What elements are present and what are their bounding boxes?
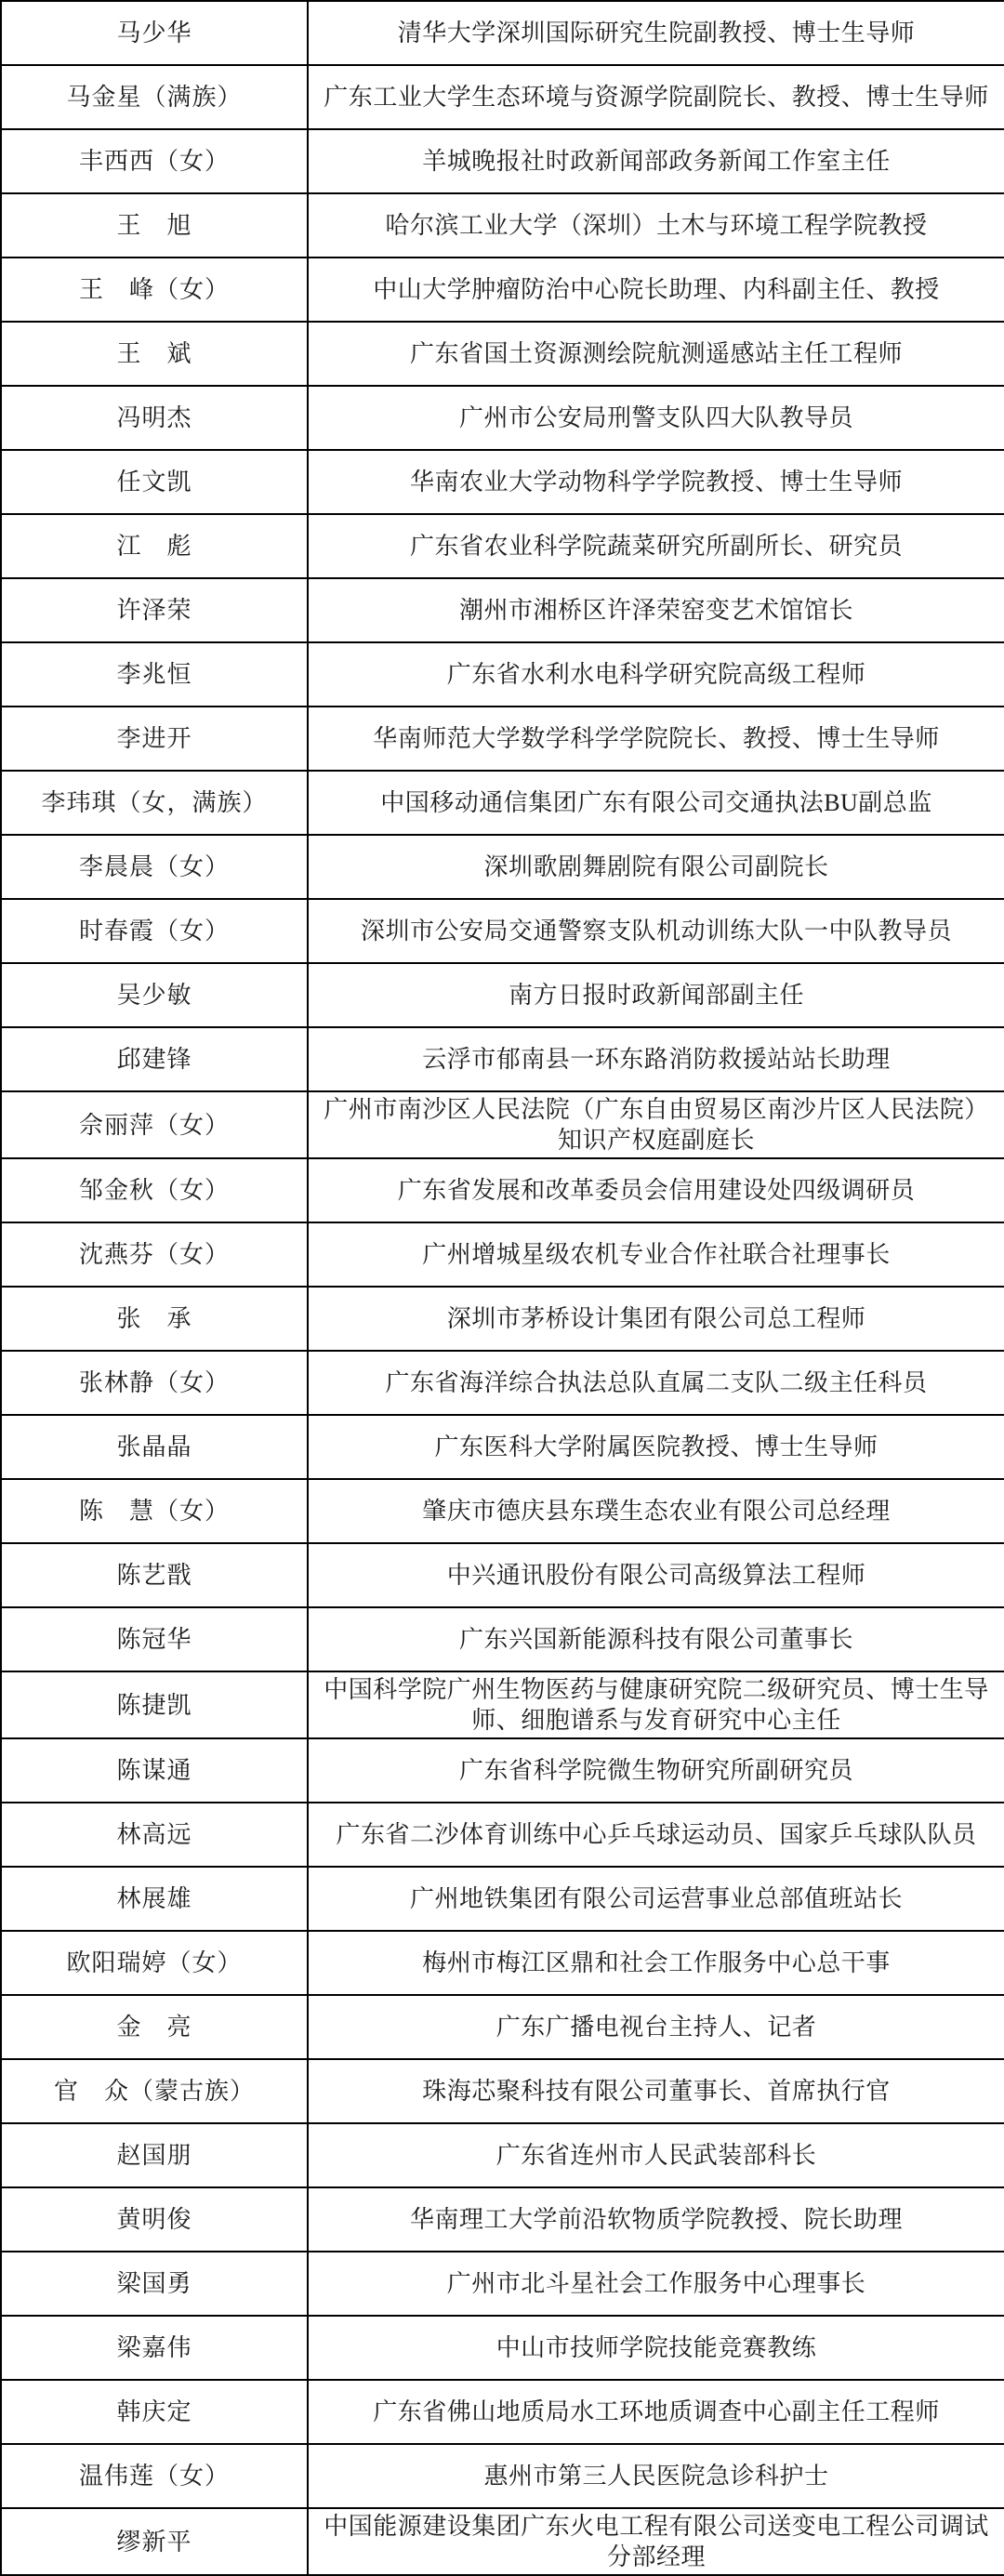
person-title: 云浮市郁南县一环东路消防救援站站长助理 <box>308 1027 1004 1091</box>
person-title: 珠海芯聚科技有限公司董事长、首席执行官 <box>308 2059 1004 2123</box>
person-name: 马少华 <box>1 1 308 65</box>
person-name: 黄明俊 <box>1 2187 308 2252</box>
person-name: 欧阳瑞婷（女） <box>1 1931 308 1995</box>
person-name: 丰西西（女） <box>1 129 308 193</box>
table-row: 梁国勇广州市北斗星社会工作服务中心理事长 <box>1 2252 1004 2316</box>
table-row: 缪新平中国能源建设集团广东火电工程有限公司送变电工程公司调试分部经理 <box>1 2508 1004 2575</box>
person-name: 许泽荣 <box>1 578 308 642</box>
person-name: 林高远 <box>1 1803 308 1867</box>
table-row: 张林静（女）广东省海洋综合执法总队直属二支队二级主任科员 <box>1 1351 1004 1415</box>
table-row: 张 承深圳市茅桥设计集团有限公司总工程师 <box>1 1287 1004 1351</box>
person-title: 华南理工大学前沿软物质学院教授、院长助理 <box>308 2187 1004 2252</box>
person-name: 陈冠华 <box>1 1607 308 1671</box>
table-row: 黄明俊华南理工大学前沿软物质学院教授、院长助理 <box>1 2187 1004 2252</box>
person-name: 王 旭 <box>1 193 308 258</box>
table-row: 陈捷凯中国科学院广州生物医药与健康研究院二级研究员、博士生导师、细胞谱系与发育研… <box>1 1671 1004 1738</box>
person-title: 深圳歌剧舞剧院有限公司副院长 <box>308 835 1004 899</box>
person-title: 广州市公安局刑警支队四大队教导员 <box>308 386 1004 450</box>
person-title: 广州增城星级农机专业合作社联合社理事长 <box>308 1222 1004 1287</box>
table-row: 官 众（蒙古族）珠海芯聚科技有限公司董事长、首席执行官 <box>1 2059 1004 2123</box>
person-name: 王 峰（女） <box>1 258 308 322</box>
person-title: 中国移动通信集团广东有限公司交通执法BU副总监 <box>308 771 1004 835</box>
person-title: 中国科学院广州生物医药与健康研究院二级研究员、博士生导师、细胞谱系与发育研究中心… <box>308 1671 1004 1738</box>
table-row: 陈冠华广东兴国新能源科技有限公司董事长 <box>1 1607 1004 1671</box>
person-name: 李兆恒 <box>1 642 308 707</box>
person-name: 邹金秋（女） <box>1 1158 308 1222</box>
person-title: 哈尔滨工业大学（深圳）土木与环境工程学院教授 <box>308 193 1004 258</box>
person-title: 广州地铁集团有限公司运营事业总部值班站长 <box>308 1867 1004 1931</box>
person-name: 张林静（女） <box>1 1351 308 1415</box>
person-name: 冯明杰 <box>1 386 308 450</box>
table-body: 马少华清华大学深圳国际研究生院副教授、博士生导师马金星（满族）广东工业大学生态环… <box>1 1 1004 2575</box>
person-title: 广东兴国新能源科技有限公司董事长 <box>308 1607 1004 1671</box>
person-title: 羊城晚报社时政新闻部政务新闻工作室主任 <box>308 129 1004 193</box>
table-row: 韩庆定广东省佛山地质局水工环地质调查中心副主任工程师 <box>1 2380 1004 2444</box>
person-name: 李玮琪（女，满族） <box>1 771 308 835</box>
table-row: 陈艺戬中兴通讯股份有限公司高级算法工程师 <box>1 1543 1004 1607</box>
table-row: 梁嘉伟中山市技师学院技能竞赛教练 <box>1 2316 1004 2380</box>
person-name: 梁嘉伟 <box>1 2316 308 2380</box>
person-title: 中国能源建设集团广东火电工程有限公司送变电工程公司调试分部经理 <box>308 2508 1004 2575</box>
person-name: 陈 慧（女） <box>1 1479 308 1543</box>
table-row: 冯明杰广州市公安局刑警支队四大队教导员 <box>1 386 1004 450</box>
person-name: 邱建锋 <box>1 1027 308 1091</box>
person-title: 广东省二沙体育训练中心乒乓球运动员、国家乒乓球队队员 <box>308 1803 1004 1867</box>
person-title: 中兴通讯股份有限公司高级算法工程师 <box>308 1543 1004 1607</box>
table-row: 丰西西（女）羊城晚报社时政新闻部政务新闻工作室主任 <box>1 129 1004 193</box>
person-title: 中山市技师学院技能竞赛教练 <box>308 2316 1004 2380</box>
table-row: 王 斌广东省国土资源测绘院航测遥感站主任工程师 <box>1 322 1004 386</box>
person-name: 张晶晶 <box>1 1415 308 1479</box>
person-title: 华南农业大学动物科学学院教授、博士生导师 <box>308 450 1004 514</box>
person-title: 广东省科学院微生物研究所副研究员 <box>308 1738 1004 1803</box>
person-title: 广东省连州市人民武装部科长 <box>308 2123 1004 2187</box>
person-name: 赵国朋 <box>1 2123 308 2187</box>
person-title: 广州市南沙区人民法院（广东自由贸易区南沙片区人民法院）知识产权庭副庭长 <box>308 1091 1004 1158</box>
person-title: 广东工业大学生态环境与资源学院副院长、教授、博士生导师 <box>308 65 1004 129</box>
person-title: 深圳市公安局交通警察支队机动训练大队一中队教导员 <box>308 899 1004 963</box>
person-name: 林展雄 <box>1 1867 308 1931</box>
person-title: 惠州市第三人民医院急诊科护士 <box>308 2444 1004 2508</box>
person-title: 广东省水利水电科学研究院高级工程师 <box>308 642 1004 707</box>
table-row: 陈谋通广东省科学院微生物研究所副研究员 <box>1 1738 1004 1803</box>
person-title: 清华大学深圳国际研究生院副教授、博士生导师 <box>308 1 1004 65</box>
person-title: 潮州市湘桥区许泽荣窑变艺术馆馆长 <box>308 578 1004 642</box>
table-row: 李兆恒广东省水利水电科学研究院高级工程师 <box>1 642 1004 707</box>
person-title: 广州市北斗星社会工作服务中心理事长 <box>308 2252 1004 2316</box>
person-name: 缪新平 <box>1 2508 308 2575</box>
person-name: 官 众（蒙古族） <box>1 2059 308 2123</box>
table-row: 佘丽萍（女）广州市南沙区人民法院（广东自由贸易区南沙片区人民法院）知识产权庭副庭… <box>1 1091 1004 1158</box>
table-row: 林展雄广州地铁集团有限公司运营事业总部值班站长 <box>1 1867 1004 1931</box>
person-name: 王 斌 <box>1 322 308 386</box>
table-row: 时春霞（女）深圳市公安局交通警察支队机动训练大队一中队教导员 <box>1 899 1004 963</box>
person-title: 肇庆市德庆县东璞生态农业有限公司总经理 <box>308 1479 1004 1543</box>
table-row: 王 旭哈尔滨工业大学（深圳）土木与环境工程学院教授 <box>1 193 1004 258</box>
table-row: 赵国朋广东省连州市人民武装部科长 <box>1 2123 1004 2187</box>
person-title: 广东省发展和改革委员会信用建设处四级调研员 <box>308 1158 1004 1222</box>
person-name: 江 彪 <box>1 514 308 578</box>
table-row: 马金星（满族）广东工业大学生态环境与资源学院副院长、教授、博士生导师 <box>1 65 1004 129</box>
table-row: 邱建锋云浮市郁南县一环东路消防救援站站长助理 <box>1 1027 1004 1091</box>
person-name: 任文凯 <box>1 450 308 514</box>
person-name: 沈燕芬（女） <box>1 1222 308 1287</box>
person-name: 梁国勇 <box>1 2252 308 2316</box>
person-name: 陈谋通 <box>1 1738 308 1803</box>
person-title: 广东省佛山地质局水工环地质调查中心副主任工程师 <box>308 2380 1004 2444</box>
person-name: 佘丽萍（女） <box>1 1091 308 1158</box>
table-row: 沈燕芬（女）广州增城星级农机专业合作社联合社理事长 <box>1 1222 1004 1287</box>
table-row: 许泽荣潮州市湘桥区许泽荣窑变艺术馆馆长 <box>1 578 1004 642</box>
person-title: 华南师范大学数学科学学院院长、教授、博士生导师 <box>308 707 1004 771</box>
person-title: 广东省农业科学院蔬菜研究所副所长、研究员 <box>308 514 1004 578</box>
table-row: 王 峰（女）中山大学肿瘤防治中心院长助理、内科副主任、教授 <box>1 258 1004 322</box>
table-row: 李进开华南师范大学数学科学学院院长、教授、博士生导师 <box>1 707 1004 771</box>
person-name: 李晨晨（女） <box>1 835 308 899</box>
table-row: 金 亮广东广播电视台主持人、记者 <box>1 1995 1004 2059</box>
person-title: 广东省海洋综合执法总队直属二支队二级主任科员 <box>308 1351 1004 1415</box>
person-title: 广东医科大学附属医院教授、博士生导师 <box>308 1415 1004 1479</box>
table-row: 陈 慧（女）肇庆市德庆县东璞生态农业有限公司总经理 <box>1 1479 1004 1543</box>
table-row: 林高远广东省二沙体育训练中心乒乓球运动员、国家乒乓球队队员 <box>1 1803 1004 1867</box>
person-title: 梅州市梅江区鼎和社会工作服务中心总干事 <box>308 1931 1004 1995</box>
table-row: 李晨晨（女）深圳歌剧舞剧院有限公司副院长 <box>1 835 1004 899</box>
person-name: 陈捷凯 <box>1 1671 308 1738</box>
person-title: 广东省国土资源测绘院航测遥感站主任工程师 <box>308 322 1004 386</box>
table-row: 邹金秋（女）广东省发展和改革委员会信用建设处四级调研员 <box>1 1158 1004 1222</box>
person-name: 温伟莲（女） <box>1 2444 308 2508</box>
person-name: 韩庆定 <box>1 2380 308 2444</box>
table-row: 温伟莲（女）惠州市第三人民医院急诊科护士 <box>1 2444 1004 2508</box>
person-title: 深圳市茅桥设计集团有限公司总工程师 <box>308 1287 1004 1351</box>
honorees-table: 马少华清华大学深圳国际研究生院副教授、博士生导师马金星（满族）广东工业大学生态环… <box>0 0 1004 2576</box>
table-row: 吴少敏南方日报时政新闻部副主任 <box>1 963 1004 1027</box>
person-name: 吴少敏 <box>1 963 308 1027</box>
person-name: 时春霞（女） <box>1 899 308 963</box>
person-name: 李进开 <box>1 707 308 771</box>
person-name: 金 亮 <box>1 1995 308 2059</box>
table-row: 江 彪广东省农业科学院蔬菜研究所副所长、研究员 <box>1 514 1004 578</box>
person-title: 南方日报时政新闻部副主任 <box>308 963 1004 1027</box>
table-row: 任文凯华南农业大学动物科学学院教授、博士生导师 <box>1 450 1004 514</box>
table-row: 张晶晶广东医科大学附属医院教授、博士生导师 <box>1 1415 1004 1479</box>
table-row: 李玮琪（女，满族）中国移动通信集团广东有限公司交通执法BU副总监 <box>1 771 1004 835</box>
table-row: 马少华清华大学深圳国际研究生院副教授、博士生导师 <box>1 1 1004 65</box>
person-title: 广东广播电视台主持人、记者 <box>308 1995 1004 2059</box>
person-name: 陈艺戬 <box>1 1543 308 1607</box>
table-row: 欧阳瑞婷（女）梅州市梅江区鼎和社会工作服务中心总干事 <box>1 1931 1004 1995</box>
person-title: 中山大学肿瘤防治中心院长助理、内科副主任、教授 <box>308 258 1004 322</box>
person-name: 张 承 <box>1 1287 308 1351</box>
person-name: 马金星（满族） <box>1 65 308 129</box>
